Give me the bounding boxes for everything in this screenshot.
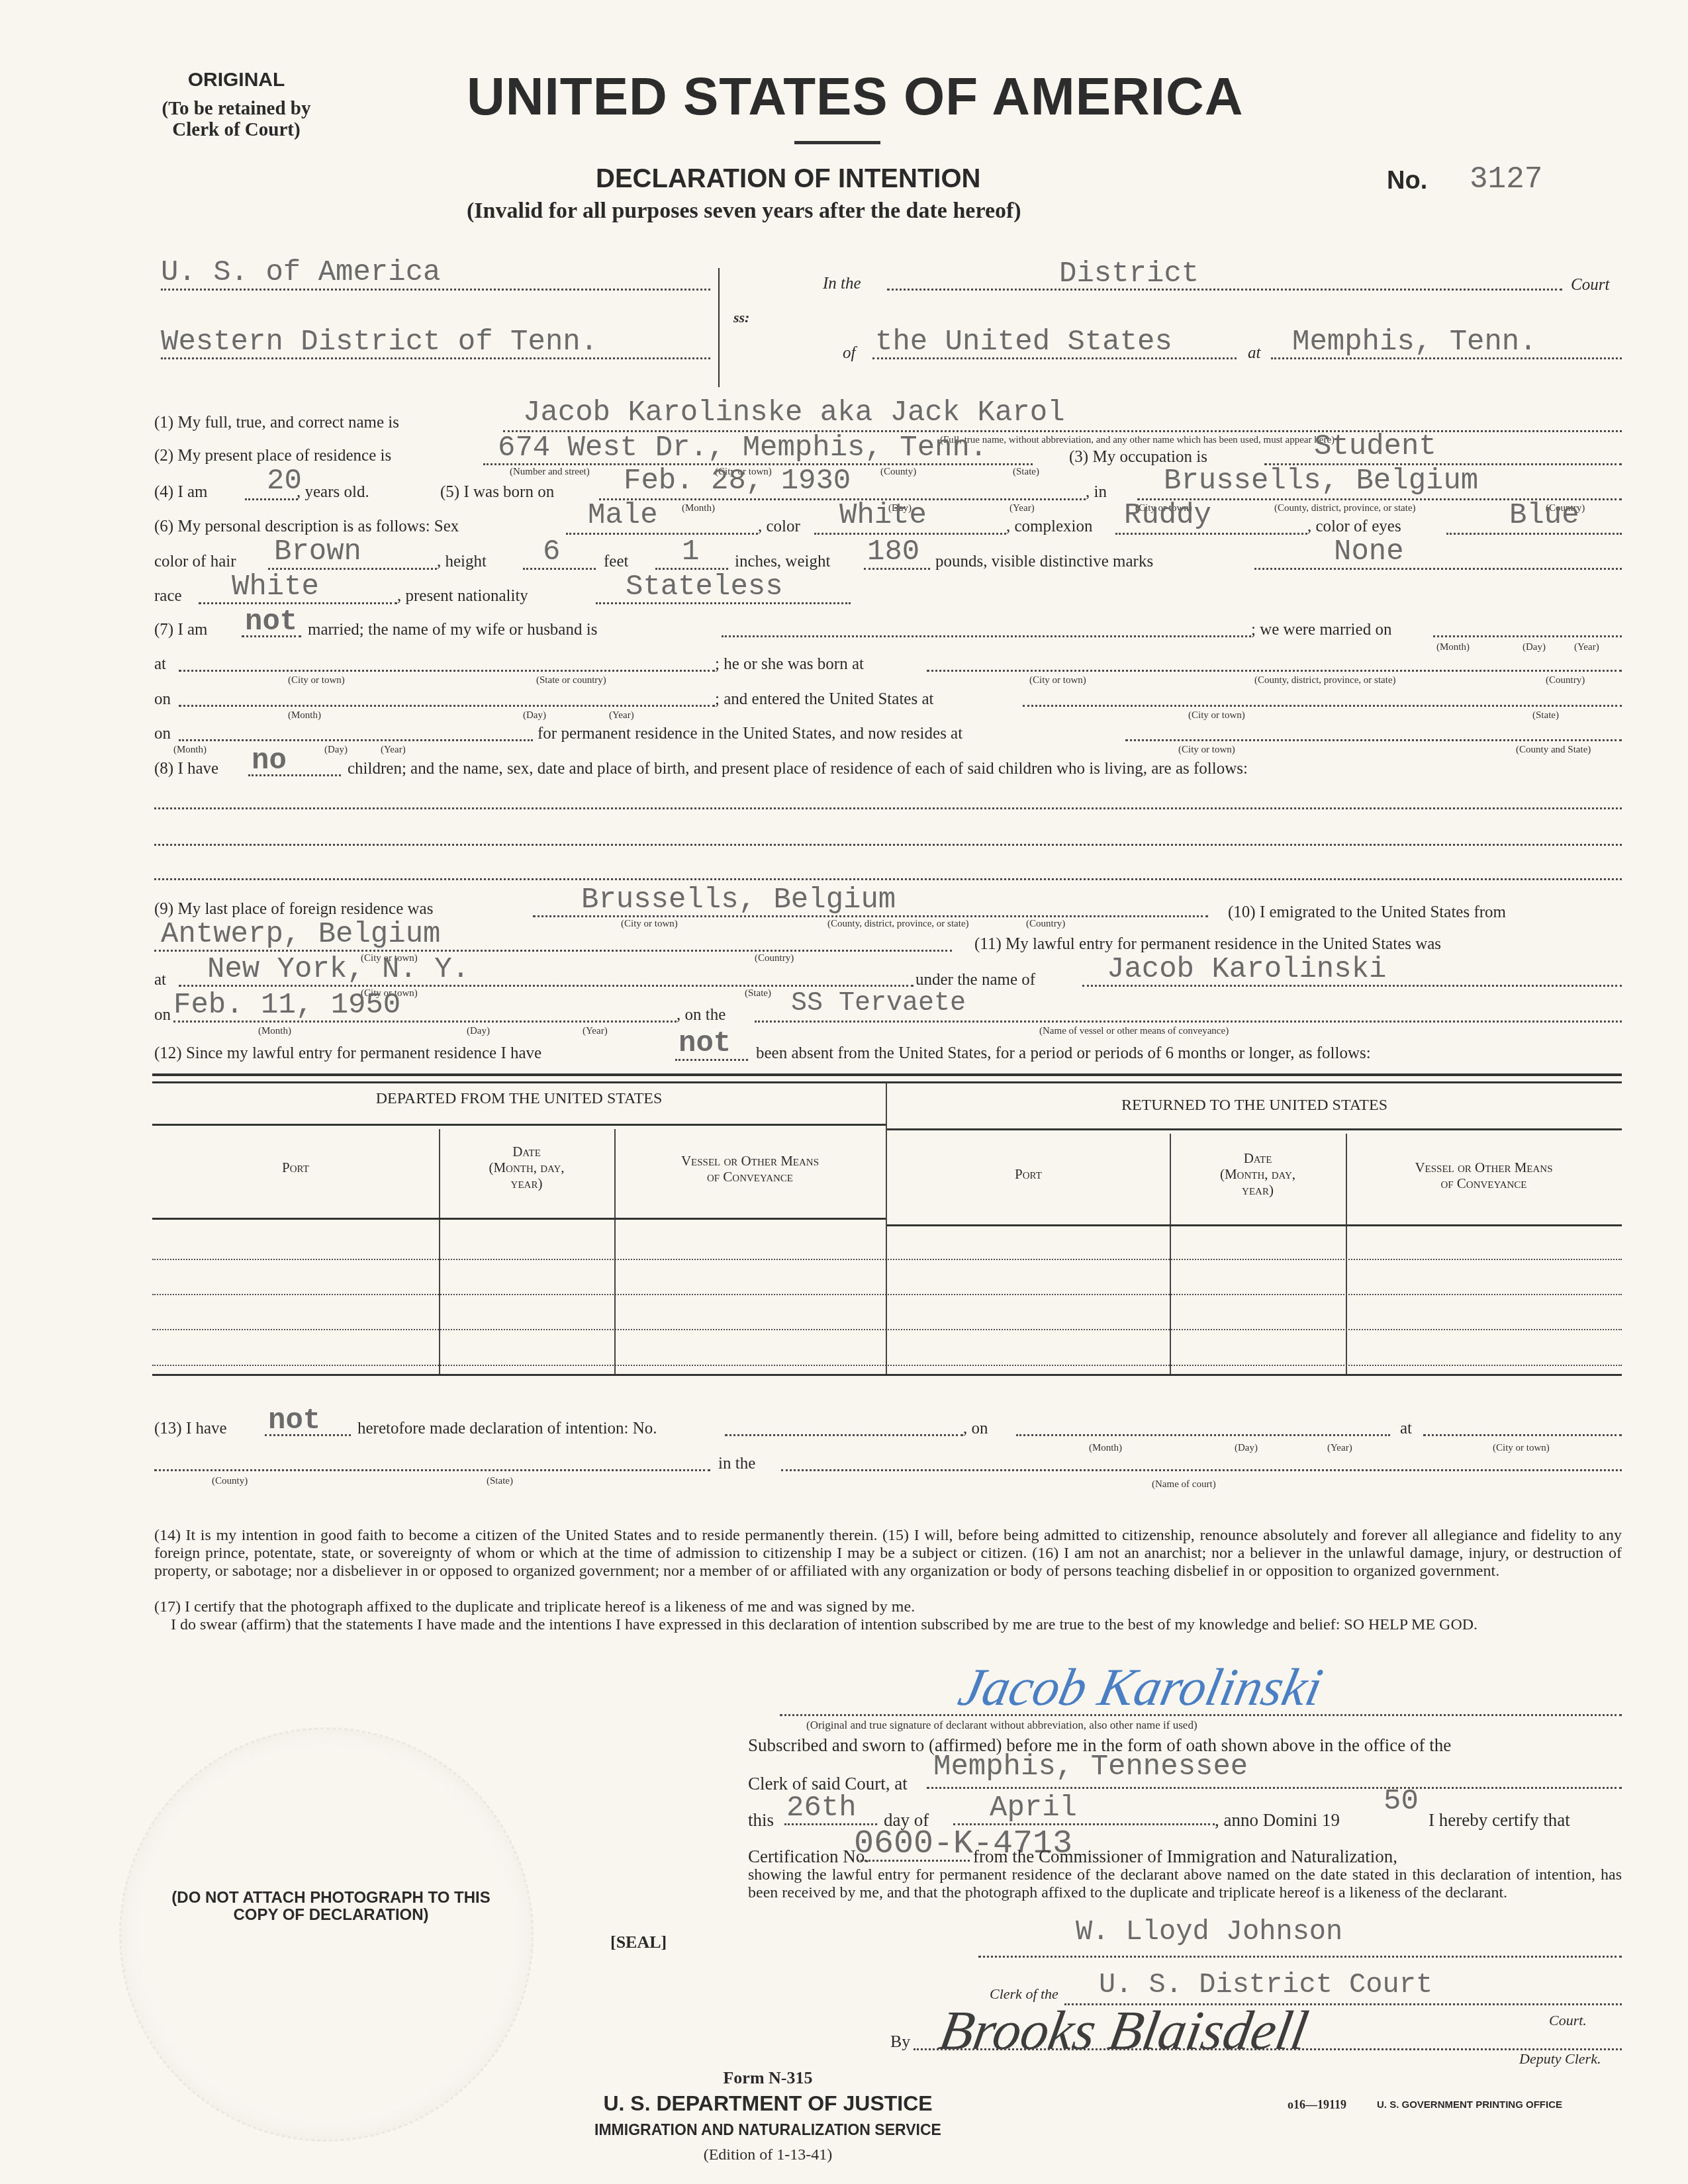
entry-date-field[interactable]: Feb. 11, 1950 <box>173 991 400 1020</box>
court-suffix: Court. <box>1549 2012 1587 2029</box>
race-line <box>199 602 397 604</box>
q7-on: on <box>154 690 171 709</box>
eyes-field[interactable]: Blue <box>1509 501 1579 530</box>
race-field[interactable]: White <box>232 572 319 602</box>
prev-decl-number-line <box>725 1434 963 1436</box>
col-dept-port: Port <box>152 1160 439 1175</box>
q7-on2: on <box>154 725 171 743</box>
q13-cap-court: (Name of court) <box>1152 1479 1216 1490</box>
original-note-line-1: (To be retained by <box>147 98 326 119</box>
sex-line <box>566 533 758 535</box>
venue-ss: ss: <box>733 309 749 326</box>
this-label: this <box>748 1810 774 1831</box>
married-field[interactable]: not <box>245 608 297 637</box>
q7r3-cap-3: (Year) <box>609 710 634 721</box>
col-ret-vessel: Vessel or Other Means of Conveyance <box>1346 1160 1622 1191</box>
department: U. S. DEPARTMENT OF JUSTICE <box>596 2091 940 2116</box>
q9-cap-2: (County, district, province, or state) <box>827 919 969 930</box>
court-location: Memphis, Tenn. <box>1292 328 1537 357</box>
emigrated-from-line <box>154 950 952 952</box>
marks-line <box>1254 568 1622 570</box>
q7-at: at <box>154 655 166 674</box>
q7r2-cap-2: (State or country) <box>536 675 606 686</box>
vessel-field[interactable]: SS Tervaete <box>791 991 966 1017</box>
eyes-line <box>1446 533 1622 535</box>
venue-district-line <box>161 357 710 359</box>
q10-label: (10) I emigrated to the United States fr… <box>1228 903 1506 922</box>
q9-label: (9) My last place of foreign residence w… <box>154 900 433 919</box>
service: IMMIGRATION AND NATURALIZATION SERVICE <box>583 2121 953 2139</box>
clerk-name-line <box>978 1956 1622 1958</box>
spouse-birth-date-line <box>179 705 715 707</box>
entry-at-label: at <box>154 971 166 989</box>
hair-line <box>268 568 437 570</box>
col-ret-date: Date (Month, day, year) <box>1170 1150 1346 1198</box>
declarant-signature: Jacob Karolinski <box>953 1658 1327 1718</box>
q7r4-cap-3: (Year) <box>381 745 406 756</box>
col-ret-date-l3: year) <box>1170 1182 1346 1198</box>
printer: U. S. GOVERNMENT PRINTING OFFICE <box>1377 2099 1562 2111</box>
spouse-name-line <box>722 635 1251 637</box>
venue-brace <box>718 268 726 387</box>
residence-field[interactable]: 674 West Dr., Memphis, Tenn. <box>498 433 987 463</box>
col-dept-vessel: Vessel or Other Means of Conveyance <box>614 1153 886 1185</box>
prev-decl-date-line <box>1016 1434 1390 1436</box>
jurat-location-field[interactable]: Memphis, Tennessee <box>933 1752 1248 1782</box>
marriage-caption-year: (Year) <box>1574 642 1599 653</box>
spouse-permanent-date-line <box>179 739 533 741</box>
form-number: Form N-315 <box>596 2068 940 2088</box>
q7-married-on: ; we were married on <box>1251 621 1391 639</box>
q4-label: (4) I am <box>154 483 208 502</box>
col-ret-date-l2: (Month, day, <box>1170 1166 1346 1182</box>
nationality-label: , present nationality <box>397 587 528 606</box>
court-label: Court <box>1571 276 1609 295</box>
color-field[interactable]: White <box>839 501 927 530</box>
q13-cap-day: (Day) <box>1235 1443 1258 1454</box>
declarant-signature-line <box>780 1714 1622 1716</box>
table-top-rule-2 <box>152 1081 1622 1083</box>
color-line <box>814 533 1006 535</box>
weight-line <box>864 568 930 570</box>
col-dept-date: Date (Month, day, year) <box>439 1144 614 1191</box>
height-feet-line <box>523 568 596 570</box>
table-row[interactable] <box>152 1329 1622 1330</box>
entry-date-cap-day: (Day) <box>467 1026 490 1037</box>
court-type-line <box>887 289 1562 291</box>
q12-label: (12) Since my lawful entry for permanent… <box>154 1044 541 1063</box>
birth-date-field[interactable]: Feb. 28, 1930 <box>624 467 851 496</box>
form-number-label: No. <box>1387 167 1427 195</box>
q13-in-the-label: in the <box>718 1455 755 1473</box>
married-line <box>242 635 301 637</box>
ret-col-rule <box>887 1224 1622 1226</box>
original-label: ORIGINAL <box>173 69 299 91</box>
full-name-caption: (Full, true name, without abbreviation, … <box>940 435 1335 446</box>
nationality-line <box>596 602 851 604</box>
jurat-location-line <box>927 1787 1622 1789</box>
complexion-label: , complexion <box>1006 518 1093 536</box>
print-code: o16—19119 <box>1288 2098 1346 2112</box>
embossed-seal <box>119 1727 534 2142</box>
venue-state-line <box>161 289 710 291</box>
cert-label: Certification No. <box>748 1846 869 1867</box>
complexion-line <box>1115 533 1307 535</box>
height-label: , height <box>437 553 487 571</box>
entry-name-field[interactable]: Jacob Karolinski <box>1107 955 1386 984</box>
q13-cap-city: (City or town) <box>1493 1443 1550 1454</box>
col-ret-vessel-l1: Vessel or Other Means <box>1346 1160 1622 1175</box>
q9-cap-3: (Country) <box>1026 919 1065 930</box>
returned-header: RETURNED TO THE UNITED STATES <box>887 1097 1622 1115</box>
certify-label: I hereby certify that <box>1429 1810 1570 1831</box>
sex-field[interactable]: Male <box>588 501 658 530</box>
vessel-caption: (Name of vessel or other means of convey… <box>1039 1026 1229 1037</box>
departed-header: DEPARTED FROM THE UNITED STATES <box>152 1090 886 1108</box>
q9-cap-1: (City or town) <box>621 919 678 930</box>
court-location-line <box>1271 357 1622 359</box>
col-dept-date-l1: Date <box>439 1144 614 1160</box>
entry-name-label: under the name of <box>915 971 1035 989</box>
emigrated-from-field[interactable]: Antwerp, Belgium <box>161 920 440 949</box>
birth-place-field[interactable]: Brussells, Belgium <box>1164 467 1478 496</box>
vessel-line <box>755 1021 1622 1023</box>
dept-header-rule <box>152 1124 886 1126</box>
oath-paragraph-14-16: (14) It is my intention in good faith to… <box>154 1527 1622 1580</box>
full-name-field[interactable]: Jacob Karolinske aka Jack Karol <box>523 398 1065 428</box>
table-row[interactable] <box>152 1365 1622 1366</box>
race-label: race <box>154 587 182 606</box>
q7r3-cap-4: (City or town) <box>1188 710 1245 721</box>
q7r3-cap-1: (Month) <box>288 710 321 721</box>
q7r3-cap-5: (State) <box>1532 710 1559 721</box>
marriage-date-line <box>1433 635 1622 637</box>
birth-caption-county: (County, district, province, or state) <box>1274 503 1416 514</box>
col-ret-vessel-l2: of Conveyance <box>1346 1175 1622 1191</box>
oath-paragraph-17: (17) I certify that the photograph affix… <box>154 1598 1622 1616</box>
ret-header-rule <box>887 1128 1622 1130</box>
color-label: , color <box>758 518 800 536</box>
court-of-line <box>872 357 1237 359</box>
q13-on-label: , on <box>963 1420 988 1438</box>
clerk-name-field[interactable]: W. Lloyd Johnson <box>1076 1918 1342 1946</box>
at-label: at <box>1248 344 1260 363</box>
col-dept-date-l3: year) <box>439 1175 614 1191</box>
q8-text: children; and the name, sex, date and pl… <box>348 760 1248 778</box>
validity-note: (Invalid for all purposes seven years af… <box>467 199 1021 224</box>
of-label: of <box>843 344 855 363</box>
q7-text: married; the name of my wife or husband … <box>308 621 597 639</box>
children-field[interactable]: no <box>252 747 287 776</box>
q13-cap-county: (County) <box>212 1476 248 1487</box>
col-dept-vessel-l1: Vessel or Other Means <box>614 1153 886 1169</box>
birth-in-label: , in <box>1086 483 1107 502</box>
court-of: the United States <box>875 328 1172 357</box>
col-ret-date-l1: Date <box>1170 1150 1346 1166</box>
marriage-place-line <box>179 670 715 672</box>
q10-cap-2: (Country) <box>755 953 794 964</box>
entry-place-line <box>179 985 914 987</box>
oath-swear-paragraph: I do swear (affirm) that the statements … <box>154 1616 1622 1634</box>
jurat-day-field[interactable]: 26th <box>786 1794 857 1823</box>
jurat-year-field[interactable]: 50 <box>1383 1787 1419 1816</box>
by-label: By <box>890 2032 910 2052</box>
prev-decl-county-state-line <box>154 1469 710 1471</box>
pounds-label: pounds, visible distinctive marks <box>935 553 1153 571</box>
table-bottom-rule <box>152 1374 1622 1376</box>
q11-label: (11) My lawful entry for permanent resid… <box>974 935 1441 954</box>
children-detail-line-2 <box>154 844 1622 846</box>
venue-district: Western District of Tenn. <box>161 328 598 357</box>
table-row[interactable] <box>152 1259 1622 1260</box>
q13-cap-month: (Month) <box>1089 1443 1122 1454</box>
declarant-signature-caption: (Original and true signature of declaran… <box>806 1719 1197 1732</box>
q5-label: (5) I was born on <box>440 483 554 502</box>
q13-cap-year: (Year) <box>1327 1443 1352 1454</box>
q7-permanent: for permanent residence in the United St… <box>538 725 962 743</box>
children-line <box>248 774 341 776</box>
q7r4-cap-4: (City or town) <box>1178 745 1235 756</box>
seal-label: [SEAL] <box>610 1933 667 1952</box>
entry-place-field[interactable]: New York, N. Y. <box>207 955 469 984</box>
table-center-divider <box>886 1083 887 1374</box>
entry-date-line <box>173 1021 677 1023</box>
q7r4-cap-2: (Day) <box>324 745 348 756</box>
q13-at-label: at <box>1400 1420 1412 1438</box>
anno-label: , anno Domini 19 <box>1215 1810 1340 1831</box>
occupation-field[interactable]: Student <box>1314 432 1436 461</box>
cert-text-2: showing the lawful entry for permanent r… <box>748 1866 1622 1902</box>
title-rule <box>794 141 880 144</box>
q13-label: (13) I have <box>154 1420 227 1438</box>
q7-entered: ; and entered the United States at <box>715 690 933 709</box>
col-ret-port: Port <box>887 1166 1170 1182</box>
nationality-field[interactable]: Stateless <box>626 572 783 602</box>
q7r3-cap-2: (Day) <box>523 710 546 721</box>
original-note-line-2: Clerk of Court) <box>147 119 326 140</box>
jurat-month-field[interactable]: April <box>990 1794 1077 1823</box>
foreign-residence-line <box>533 915 1208 917</box>
q13-line <box>265 1434 351 1436</box>
entry-date-cap-month: (Month) <box>258 1026 291 1037</box>
q7r2-cap-1: (City or town) <box>288 675 345 686</box>
foreign-residence-field[interactable]: Brussells, Belgium <box>581 886 896 915</box>
birth-caption-year: (Year) <box>1009 503 1035 514</box>
complexion-field[interactable]: Ruddy <box>1124 501 1211 530</box>
dept-col-rule <box>152 1218 886 1220</box>
entry-name-line <box>1082 985 1622 987</box>
marriage-caption-month: (Month) <box>1436 642 1470 653</box>
spouse-residence-line <box>1125 739 1622 741</box>
cert-text-1: from the Commissioner of Immigration and… <box>973 1846 1397 1867</box>
marks-field[interactable]: None <box>1334 537 1404 567</box>
residence-caption-street: (Number and street) <box>510 467 590 478</box>
q1-label: (1) My full, true, and correct name is <box>154 414 399 432</box>
q2-label: (2) My present place of residence is <box>154 447 391 465</box>
venue-state: U. S. of America <box>161 258 440 287</box>
deputy-label: Deputy Clerk. <box>1519 2050 1601 2068</box>
spouse-entry-line <box>1023 705 1622 707</box>
in-the-label: In the <box>823 275 861 293</box>
page-title: UNITED STATES OF AMERICA <box>467 66 1244 127</box>
height-feet-field[interactable]: 6 <box>543 537 560 567</box>
hair-field[interactable]: Brown <box>274 537 361 567</box>
children-detail-line-1 <box>154 807 1622 809</box>
original-note: (To be retained by Clerk of Court) <box>147 98 326 140</box>
q13-cap-state: (State) <box>487 1476 513 1487</box>
feet-label: feet <box>604 553 628 571</box>
children-detail-line-3 <box>154 878 1622 880</box>
q7r2-cap-5: (Country) <box>1546 675 1585 686</box>
residence-caption-state: (State) <box>1013 467 1039 478</box>
prev-decl-court-line <box>781 1469 1622 1471</box>
absent-field[interactable]: not <box>679 1029 731 1058</box>
q3-label: (3) My occupation is <box>1069 448 1207 467</box>
edition: (Edition of 1-13-41) <box>596 2146 940 2164</box>
q7r4-cap-5: (County and State) <box>1516 745 1591 756</box>
form-title: DECLARATION OF INTENTION <box>596 164 980 194</box>
q7-born-at: ; he or she was born at <box>715 655 864 674</box>
table-top-rule-1 <box>152 1073 1622 1076</box>
hair-label: color of hair <box>154 553 236 571</box>
height-inches-field[interactable]: 1 <box>682 537 699 567</box>
spouse-birthplace-line <box>927 670 1622 672</box>
residence-caption-county: (County) <box>880 467 916 478</box>
height-inches-line <box>655 568 728 570</box>
q7r2-cap-4: (County, district, province, or state) <box>1254 675 1396 686</box>
q7r4-cap-1: (Month) <box>173 745 207 756</box>
col-dept-vessel-l2: of Conveyance <box>614 1169 886 1185</box>
entry-date-cap-year: (Year) <box>583 1026 608 1037</box>
vessel-label: , on the <box>677 1006 726 1024</box>
birth-caption-month: (Month) <box>682 503 715 514</box>
q7-label: (7) I am <box>154 621 208 639</box>
marriage-caption-day: (Day) <box>1523 642 1546 653</box>
absent-line <box>675 1059 748 1061</box>
entry-cap-state: (State) <box>745 988 771 999</box>
q7r2-cap-3: (City or town) <box>1029 675 1086 686</box>
q12-text: been absent from the United States, for … <box>756 1044 1371 1063</box>
col-dept-date-l2: (Month, day, <box>439 1160 614 1175</box>
q8-label: (8) I have <box>154 760 218 778</box>
q4-suffix: , years old. <box>297 483 369 502</box>
q13-text: heretofore made declaration of intention… <box>357 1420 657 1438</box>
age-line <box>245 498 298 500</box>
table-row[interactable] <box>152 1294 1622 1295</box>
q6-label: (6) My personal description is as follow… <box>154 518 459 536</box>
inches-label: inches, weight <box>735 553 830 571</box>
deputy-signature-line <box>914 2048 1622 2050</box>
cert-number-line <box>857 1860 970 1862</box>
prev-decl-city-line <box>1423 1434 1622 1436</box>
q13-field[interactable]: not <box>268 1406 320 1435</box>
weight-field[interactable]: 180 <box>867 537 919 567</box>
court-type: District <box>1059 259 1199 289</box>
form-number-value: 3127 <box>1470 162 1542 197</box>
deputy-signature: Brooks Blaisdell <box>934 1999 1313 2063</box>
eyes-label: , color of eyes <box>1307 518 1401 536</box>
court-name-field[interactable]: U. S. District Court <box>1099 1971 1432 1999</box>
entry-on-label: on <box>154 1006 171 1024</box>
